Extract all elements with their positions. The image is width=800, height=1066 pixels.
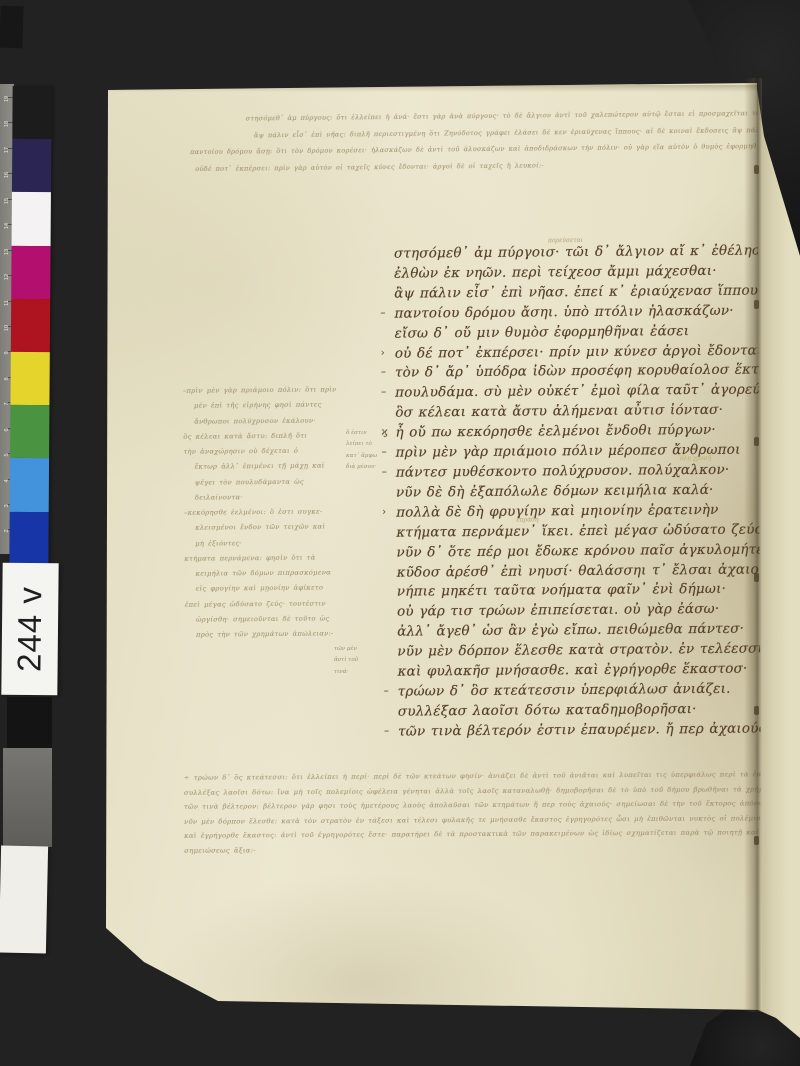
- scholia-line: ἐπεὶ μέγας ὠδύσατο ζεύς· τουτέστιν: [185, 599, 361, 616]
- scholia-line: –κεκόρησθε ἐελμένοι: ὅ ἐστι συγκε-: [184, 507, 360, 524]
- binding-stitch: [754, 300, 759, 309]
- color-patch: [10, 405, 49, 458]
- scholia-line: καὶ ἐγρήγορθε ἕκαστος: ἀντὶ τοῦ ἐγρηγορό…: [184, 829, 780, 847]
- parchment-page: στησόμεθ᾽ ἀμ πύργους: ὅτι ἐλλείπει ἡ ἀνά…: [98, 78, 764, 1012]
- verse-text: νήπιε μηκέτι ταῦτα νοήματα φαῖν᾽ ἐνὶ δήμ…: [397, 581, 726, 600]
- note-line: τινά·: [334, 669, 396, 680]
- verse-text: τρώων δ᾽ ὃσ κτεάτεσσιν ὑπερφιάλωσ ἀνιάζε…: [398, 681, 731, 700]
- color-patch: [12, 86, 51, 139]
- verse-text: κῦδοσ ἀρέσθ᾽ ἐπὶ νηυσί· θαλάσσηι τ᾽ ἔλσα…: [397, 561, 782, 580]
- color-patch: [10, 458, 49, 511]
- verse-text: ἀλλ᾽ ἄγεθ᾽ ὡσ ἂν ἐγὼ εἴπω. πειθώμεθα πάν…: [397, 621, 744, 640]
- verse-text: πρὶν μὲν γὰρ πριάμοιο πόλιν μέροπεσ ἄνθρ…: [396, 442, 741, 461]
- verse-text: πολλὰ δὲ δὴ φρυγίην καὶ μηιονίην ἐρατειν…: [396, 502, 719, 521]
- color-patch-black-lower: [7, 697, 52, 748]
- ruler-number: 15: [4, 194, 10, 208]
- ruler-number: 8: [4, 372, 10, 386]
- critical-sign: ›: [382, 507, 386, 518]
- ruler-number: 17: [4, 143, 10, 157]
- critical-sign: –: [384, 686, 389, 697]
- ruler-number: 19: [4, 92, 10, 106]
- verse-text: πουλυδάμα. σὺ μὲν οὐκέτ᾽ ἐμοὶ φίλα ταῦτ᾽…: [395, 382, 783, 401]
- ruler-number: 9: [4, 346, 10, 360]
- verse-text: τὸν δ᾽ ἄρ᾽ ὑπόδρα ἰδὼν προσέφη κορυθαίολ…: [395, 362, 783, 381]
- folio-number: 244 v: [11, 586, 50, 672]
- scholia-line: μὲν ἐπὶ τῆς εἰρήνης φησὶ πάντες: [194, 400, 359, 417]
- main-verse-block: στησόμεθ᾽ ἀμ πύργοισ· τῶι δ᾽ ἄλγιον αἴ κ…: [394, 242, 780, 743]
- top-margin-scholia: στησόμεθ᾽ ἀμ πύργους: ὅτι ἐλλείπει ἡ ἀνά…: [190, 109, 783, 181]
- ruler-number: 12: [4, 270, 10, 284]
- verse-text: ἦ οὔ πω κεκόρησθε ἐελμένοι ἔνδοθι πύργων…: [395, 422, 715, 441]
- ruler-number: 11: [4, 296, 10, 310]
- critical-sign: –: [382, 447, 387, 458]
- scholia-line: κειμήλια τῶν δόμων πιπρασκόμενα: [195, 568, 360, 585]
- critical-sign: –: [381, 367, 386, 378]
- gutter-fold-shadow: [744, 78, 762, 1012]
- verse-text: κτήματα περνάμεν᾽ ἵκει. ἐπεὶ μέγασ ὠδύσα…: [396, 521, 768, 540]
- ruler-number: 13: [4, 245, 10, 259]
- verse-text: συλλέξασ λαοῖσι δότω καταδημοβορῆσαι·: [398, 701, 697, 720]
- note-line: τῶν μὲν: [334, 646, 396, 657]
- color-patch: [11, 299, 50, 352]
- scholia-line: ὃς κέλεαι κατὰ ἄστυ: διπλῆ ὅτι: [183, 431, 359, 448]
- verse-text: εἴσω δ᾽ οὔ μιν θυμὸσ ἐφορμηθῆναι ἐάσει: [395, 323, 690, 342]
- manuscript-photo: στησόμεθ᾽ ἀμ πύργους: ὅτι ἐλλείπει ἡ ἀνά…: [0, 0, 800, 1066]
- black-corner-chip: [0, 6, 24, 49]
- binding-stitch: [754, 437, 759, 446]
- critical-sign: ›: [381, 347, 385, 358]
- verse-text: νῦν δ᾽ ὅτε πέρ μοι ἔδωκε κρόνου παῖσ ἀγκ…: [396, 541, 775, 560]
- ruler-number: 18: [4, 117, 10, 131]
- binding-stitch: [754, 573, 759, 582]
- verse-text: καὶ φυλακῆσ μνήσασθε. καὶ ἐγρήγορθε ἕκασ…: [397, 661, 747, 680]
- scholia-line: μὴ ἐξιόντες·: [195, 538, 360, 555]
- scholia-line: κλεισμένοι ἔνδον τῶν τειχῶν καὶ: [195, 522, 360, 539]
- scholia-line: δειλαίνοντα·: [195, 493, 274, 509]
- critical-sign: –: [382, 467, 387, 478]
- ruler-number: 7: [4, 397, 10, 411]
- scholia-line: ἄνθρωποι πολύχρυσον ἐκάλουν·: [194, 416, 359, 433]
- binding-stitch: [754, 836, 759, 845]
- bottom-margin-scholia: ÷ τρώων δ᾽ ὃς κτεάτεσσι: ὅτι ἐλλείπει ἡ …: [184, 770, 781, 861]
- color-patch: [11, 245, 50, 298]
- color-patch: [10, 352, 49, 405]
- critical-sign: –: [381, 387, 386, 398]
- note-line: ἀντὶ τοῦ: [334, 657, 396, 668]
- verse-text: στησόμεθ᾽ ἀμ πύργοισ· τῶι δ᾽ ἄλγιον αἴ κ…: [394, 242, 775, 261]
- binding-stitch: [754, 706, 759, 715]
- scholia-line: κτήματα περνάμενα: φησὶν ὅτι τὰ: [184, 553, 360, 570]
- scholia-line: –πρὶν μὲν γὰρ πριάμοιο πόλιν: ὅτι πρὶν: [183, 385, 359, 402]
- verse-text: πάντεσ μυθέσκοντο πολύχρυσον. πολύχαλκον…: [396, 462, 730, 481]
- intermarginal-note-lower: τῶν μὲνἀντὶ τοῦτινά·: [334, 646, 396, 680]
- critical-sign: –: [384, 725, 389, 736]
- verse-text: ὃσ κέλεαι κατὰ ἄστυ ἀλήμεναι αὖτισ ἰόντα…: [395, 402, 723, 421]
- color-patch: [12, 192, 51, 245]
- color-patch: [9, 511, 48, 564]
- scholia-line: σημειώσεως ἄξια:-: [184, 846, 274, 861]
- verse-text: οὐ γάρ τισ τρώων ἐπιπείσεται. οὐ γὰρ ἐάσ…: [397, 601, 719, 620]
- ruler-number: 6: [4, 423, 10, 437]
- verse-text: παντοίου δρόμου ἄσηι. ὑπὸ πτόλιν ἠλασκάζ…: [394, 302, 733, 321]
- scholia-line: ὠργίσθη· σημειοῦνται δὲ τοῦτο ὡς: [196, 614, 361, 631]
- verse-text: νῦν μὲν δόρπον ἕλεσθε κατὰ στρατὸν. ἐν τ…: [397, 641, 767, 660]
- ruler-number: 14: [4, 219, 10, 233]
- verse-text: ἐλθὼν ἐκ νηῶν. περὶ τείχεοσ ἄμμι μάχεσθα…: [394, 263, 717, 282]
- critical-sign: ϗ: [381, 427, 388, 438]
- color-calibration-chart: [9, 86, 51, 565]
- folio-label-card: 244 v: [1, 563, 58, 696]
- scholia-line: ἕκτωρ ἀλλ᾽ ἐπιμένει τῇ μάχῃ καὶ: [195, 461, 360, 478]
- ruler-number: 16: [4, 168, 10, 182]
- verse-text: νῦν δὲ δὴ ἐξαπόλωλε δόμων κειμήλια καλά·: [396, 482, 714, 501]
- verse-line: –τῶν τινὰ βέλτερόν ἐστιν ἐπαυρέμεν. ἤ πε…: [398, 720, 780, 743]
- scholia-line: οὐδέ ποτ᾽ ἐκπέρσει: πρὶν γὰρ αὐτὸν οἱ τα…: [195, 161, 574, 181]
- scholia-line: εἰς φρυγίην καὶ μῃονίην ἀφίκετο: [196, 583, 361, 600]
- critical-sign: –: [380, 307, 385, 318]
- color-patch: [12, 139, 51, 192]
- left-margin-scholia: –πρὶν μὲν γὰρ πριάμοιο πόλιν: ὅτι πρὶνμὲ…: [183, 385, 361, 646]
- ruler-number: 10: [4, 321, 10, 335]
- binding-stitch: [754, 165, 759, 174]
- verse-text: ἂψ πάλιν εἶσ᾽ ἐπὶ νῆασ. ἐπεί κ᾽ ἐριαύχεν…: [394, 282, 767, 301]
- color-patch-white-lower: [0, 846, 48, 954]
- scholia-line: τὴν ἀναχώρησιν οὐ δέχεται ὁ: [183, 446, 359, 463]
- verse-text: οὐ δέ ποτ᾽ ἐκπέρσει· πρίν μιν κύνεσ ἀργο…: [395, 342, 767, 361]
- scholia-line: ψέγει τὸν πουλυδάμαντα ὡς: [195, 477, 360, 494]
- verse-text: τῶν τινὰ βέλτερόν ἐστιν ἐπαυρέμεν. ἤ περ…: [398, 720, 768, 739]
- scholia-line: πρὸς τὴν τῶν χρημάτων ἀπώλειαν:-: [196, 629, 361, 646]
- color-patch-gray: [3, 748, 52, 847]
